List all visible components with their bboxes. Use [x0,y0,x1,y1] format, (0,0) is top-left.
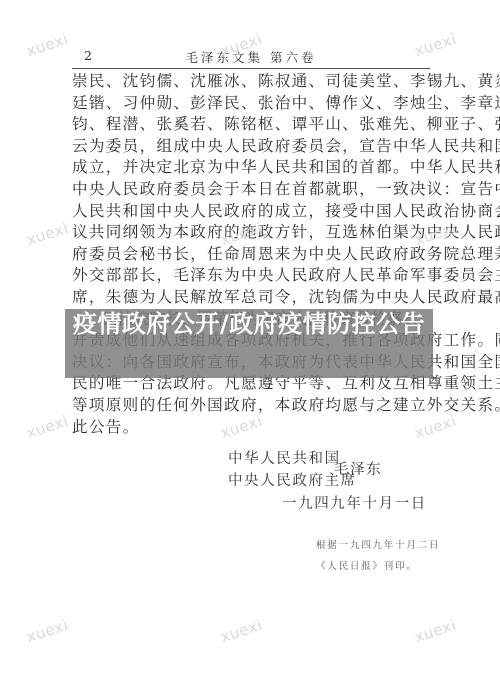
text-line: 云为委员，组成中央人民政府委员会，宣告中华人民共和国的 [72,136,434,158]
watermark: xuexi [24,412,70,442]
watermark: xuexi [24,30,70,60]
source-note-line1: 根据一九四九年十月二日 [316,537,440,551]
body-text: 崇民、沈钧儒、沈雁冰、陈叔通、司徒美堂、李锡九、黄炎培、蔡 廷锴、习仲勋、彭泽民… [72,71,434,438]
book-title: 毛泽东文集 第六卷 [72,48,430,66]
source-note-line2: 《人民日报》刊印。 [316,558,418,572]
running-head: 2 毛泽东文集 第六卷 [72,48,430,66]
text-line: 成立，并决定北京为中华人民共和国的首都。中华人民共和国 [72,157,434,179]
watermark: xuexi [218,616,264,646]
text-line: 等项原则的任何外国政府，本政府均愿与之建立外交关系。特 [72,395,434,417]
header-rule [72,68,430,69]
text-line: 崇民、沈钧儒、沈雁冰、陈叔通、司徒美堂、李锡九、黄炎培、蔡 [72,71,434,93]
text-line: 钧、程潜、张奚若、陈铭枢、谭平山、张难先、柳亚子、张东荪、龙 [72,114,434,136]
watermark: xuexi [24,219,70,249]
text-line: 此公告。 [72,417,434,439]
signature-date: 一九四九年十月一日 [282,492,427,513]
text-line: 人民共和国中央人民政府的成立，接受中国人民政治协商会 [72,201,434,223]
text-line: 府委员会秘书长，任命周恩来为中央人民政府政务院总理兼 [72,244,434,266]
watermark: xuexi [412,616,458,646]
overlay-title: 疫情政府公开/政府疫情防控公告 [65,311,433,338]
text-line: 外交部部长，毛泽东为中央人民政府人民革命军事委员会主 [72,265,434,287]
signature-name: 毛泽东 [334,458,382,479]
watermark: xuexi [24,616,70,646]
text-line: 中央人民政府委员会于本日在首都就职，一致决议：宣告中华 [72,179,434,201]
document-page: xuexi xuexi xuexi xuexi xuexi xuexi xuex… [0,0,500,688]
signature-title-line1: 中华人民共和国 [228,447,341,468]
text-line: 议共同纲领为本政府的施政方针，互选林伯渠为中央人民政 [72,222,434,244]
text-line: 廷锴、习仲勋、彭泽民、张治中、傅作义、李烛尘、李章达、章伯 [72,93,434,115]
text-line: 席，朱德为人民解放军总司令，沈钧儒为中央人民政府最高人 [72,287,434,309]
